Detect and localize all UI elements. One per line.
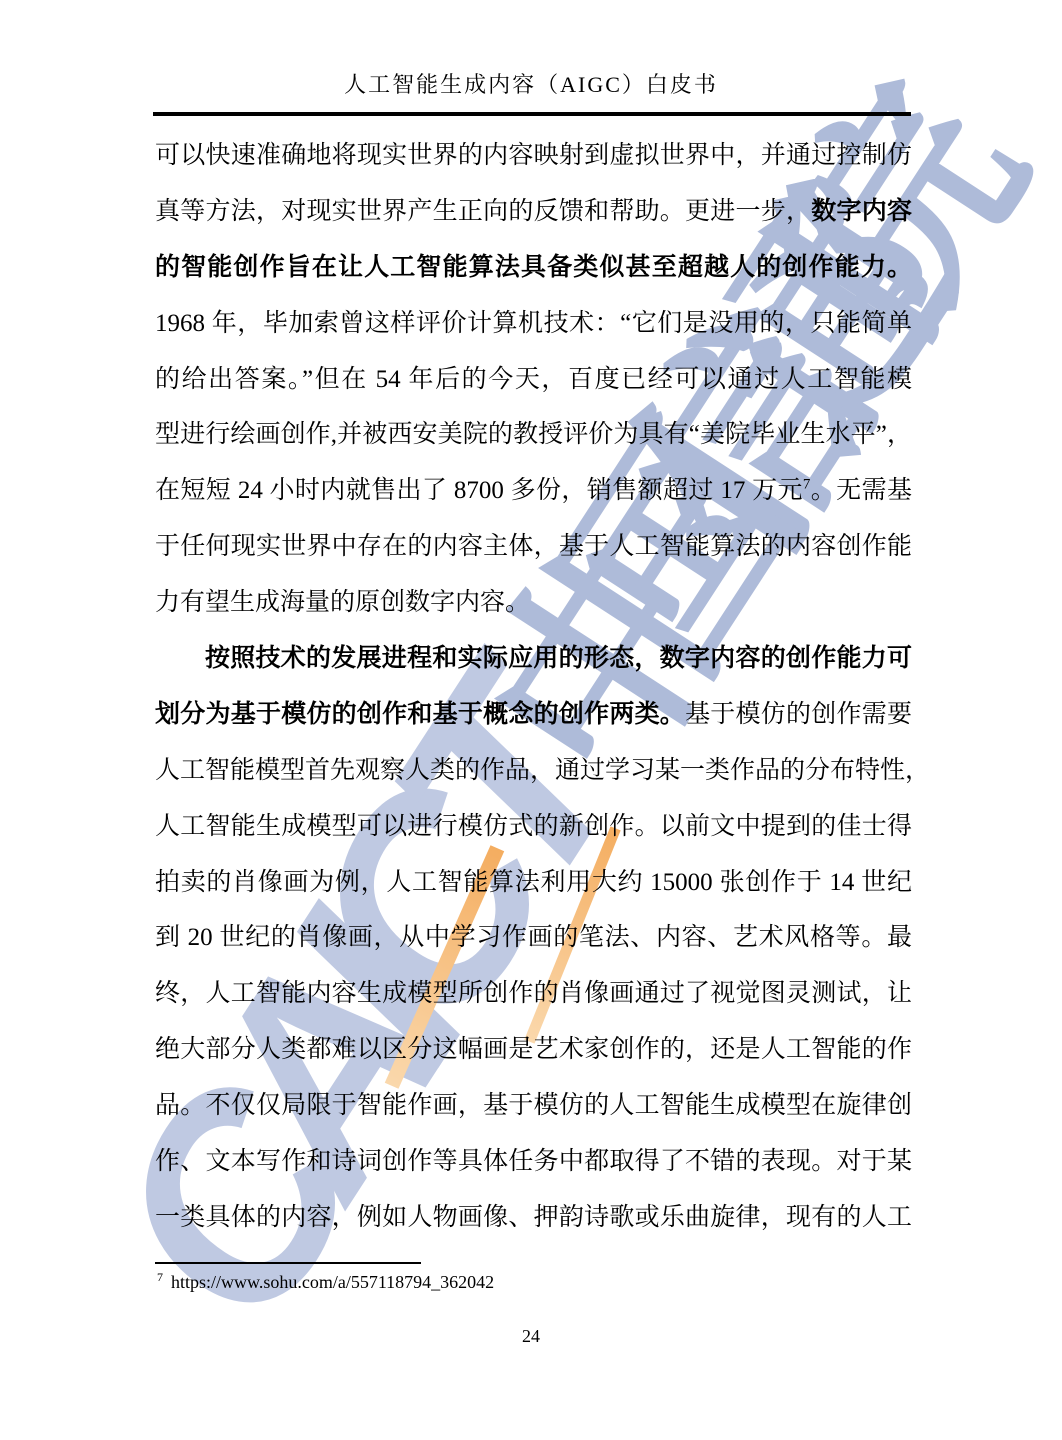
- footnote-divider: [155, 1262, 421, 1264]
- page-header-title: 人工智能生成内容（AIGC）白皮书: [0, 68, 1062, 99]
- body-line: 到 20 世纪的肖像画，从中学习作画的笔法、内容、艺术风格等。最: [155, 910, 912, 966]
- header-divider: [153, 112, 911, 116]
- body-text: 作、文本写作和诗词创作等具体任务中都取得了不错的表现。对于某: [155, 1148, 912, 1175]
- body-line: 力有望生成海量的原创数字内容。: [155, 575, 912, 631]
- body-line: 人工智能生成模型可以进行模仿式的新创作。以前文中提到的佳士得: [155, 799, 912, 855]
- body-line: 的智能创作旨在让人工智能算法具备类似甚至超越人的创作能力。: [155, 240, 912, 296]
- body-line: 品。不仅仅局限于智能作画，基于模仿的人工智能生成模型在旋律创: [155, 1078, 912, 1134]
- body-text: 基于模仿的创作需要: [685, 701, 912, 728]
- body-text: 真等方法，对现实世界产生正向的反馈和帮助。更进一步，: [155, 198, 811, 225]
- body-line: 绝大部分人类都难以区分这幅画是艺术家创作的，还是人工智能的作: [155, 1022, 912, 1078]
- footnote-url: https://www.sohu.com/a/557118794_362042: [171, 1272, 494, 1292]
- body-line: 终，人工智能内容生成模型所创作的肖像画通过了视觉图灵测试，让: [155, 966, 912, 1022]
- body-line: 按照技术的发展进程和实际应用的形态，数字内容的创作能力可: [155, 631, 912, 687]
- emphasis-text: 按照技术的发展进程和实际应用的形态，数字内容的创作能力可: [205, 644, 912, 672]
- body-text: 在短短 24 小时内就售出了 8700 多份，销售额超过 17 万元: [155, 477, 803, 504]
- footnote: 7https://www.sohu.com/a/557118794_362042: [157, 1272, 494, 1293]
- page-number: 24: [0, 1326, 1062, 1347]
- body-text: 的给出答案。”但在 54 年后的今天，百度已经可以通过人工智能模: [155, 366, 912, 393]
- body-text: 绝大部分人类都难以区分这幅画是艺术家创作的，还是人工智能的作: [155, 1036, 912, 1063]
- body-lines: 可以快速准确地将现实世界的内容映射到虚拟世界中，并通过控制仿真等方法，对现实世界…: [155, 128, 912, 1246]
- body-text: 型进行绘画创作,并被西安美院的教授评价为具有“美院毕业生水平”，: [155, 421, 912, 448]
- body-line: 划分为基于模仿的创作和基于概念的创作两类。基于模仿的创作需要: [155, 687, 912, 743]
- body-line: 作、文本写作和诗词创作等具体任务中都取得了不错的表现。对于某: [155, 1134, 912, 1190]
- emphasis-text: 的智能创作旨在让人工智能算法具备类似甚至超越人的创作能力。: [155, 253, 912, 281]
- body-text: 力有望生成海量的原创数字内容。: [155, 589, 530, 616]
- body-text: 人工智能模型首先观察人类的作品，通过学习某一类作品的分布特性，: [155, 757, 912, 784]
- body-text: 1968 年，毕加索曾这样评价计算机技术：“它们是没用的，只能简单: [155, 310, 912, 337]
- body-text: 。无需基: [810, 477, 912, 504]
- body-text: 于任何现实世界中存在的内容主体，基于人工智能算法的内容创作能: [155, 533, 912, 560]
- body-line: 在短短 24 小时内就售出了 8700 多份，销售额超过 17 万元7。无需基: [155, 463, 912, 519]
- body-line: 型进行绘画创作,并被西安美院的教授评价为具有“美院毕业生水平”，: [155, 407, 912, 463]
- body-text: 终，人工智能内容生成模型所创作的肖像画通过了视觉图灵测试，让: [155, 980, 912, 1007]
- body-text: 到 20 世纪的肖像画，从中学习作画的笔法、内容、艺术风格等。最: [155, 924, 912, 951]
- emphasis-text: 划分为基于模仿的创作和基于概念的创作两类。: [155, 700, 685, 728]
- footnote-marker: 7: [157, 1270, 163, 1284]
- body-line: 于任何现实世界中存在的内容主体，基于人工智能算法的内容创作能: [155, 519, 912, 575]
- body-line: 人工智能模型首先观察人类的作品，通过学习某一类作品的分布特性，: [155, 743, 912, 799]
- body-text: 一类具体的内容，例如人物画像、押韵诗歌或乐曲旋律，现有的人工: [155, 1204, 912, 1231]
- document-page: CAICT中国信通院 人工智能生成内容（AIGC）白皮书 可以快速准确地将现实世…: [0, 0, 1062, 1440]
- emphasis-text: 数字内容: [811, 197, 912, 225]
- body-text: 可以快速准确地将现实世界的内容映射到虚拟世界中，并通过控制仿: [155, 142, 912, 169]
- body-line: 的给出答案。”但在 54 年后的今天，百度已经可以通过人工智能模: [155, 352, 912, 408]
- body-line: 一类具体的内容，例如人物画像、押韵诗歌或乐曲旋律，现有的人工: [155, 1190, 912, 1246]
- body-line: 真等方法，对现实世界产生正向的反馈和帮助。更进一步，数字内容: [155, 184, 912, 240]
- body-text: 人工智能生成模型可以进行模仿式的新创作。以前文中提到的佳士得: [155, 813, 912, 840]
- body-text: 品。不仅仅局限于智能作画，基于模仿的人工智能生成模型在旋律创: [155, 1092, 912, 1119]
- body-line: 可以快速准确地将现实世界的内容映射到虚拟世界中，并通过控制仿: [155, 128, 912, 184]
- body-line: 拍卖的肖像画为例，人工智能算法利用大约 15000 张创作于 14 世纪: [155, 855, 912, 911]
- body-text: 拍卖的肖像画为例，人工智能算法利用大约 15000 张创作于 14 世纪: [155, 869, 912, 896]
- body-line: 1968 年，毕加索曾这样评价计算机技术：“它们是没用的，只能简单: [155, 296, 912, 352]
